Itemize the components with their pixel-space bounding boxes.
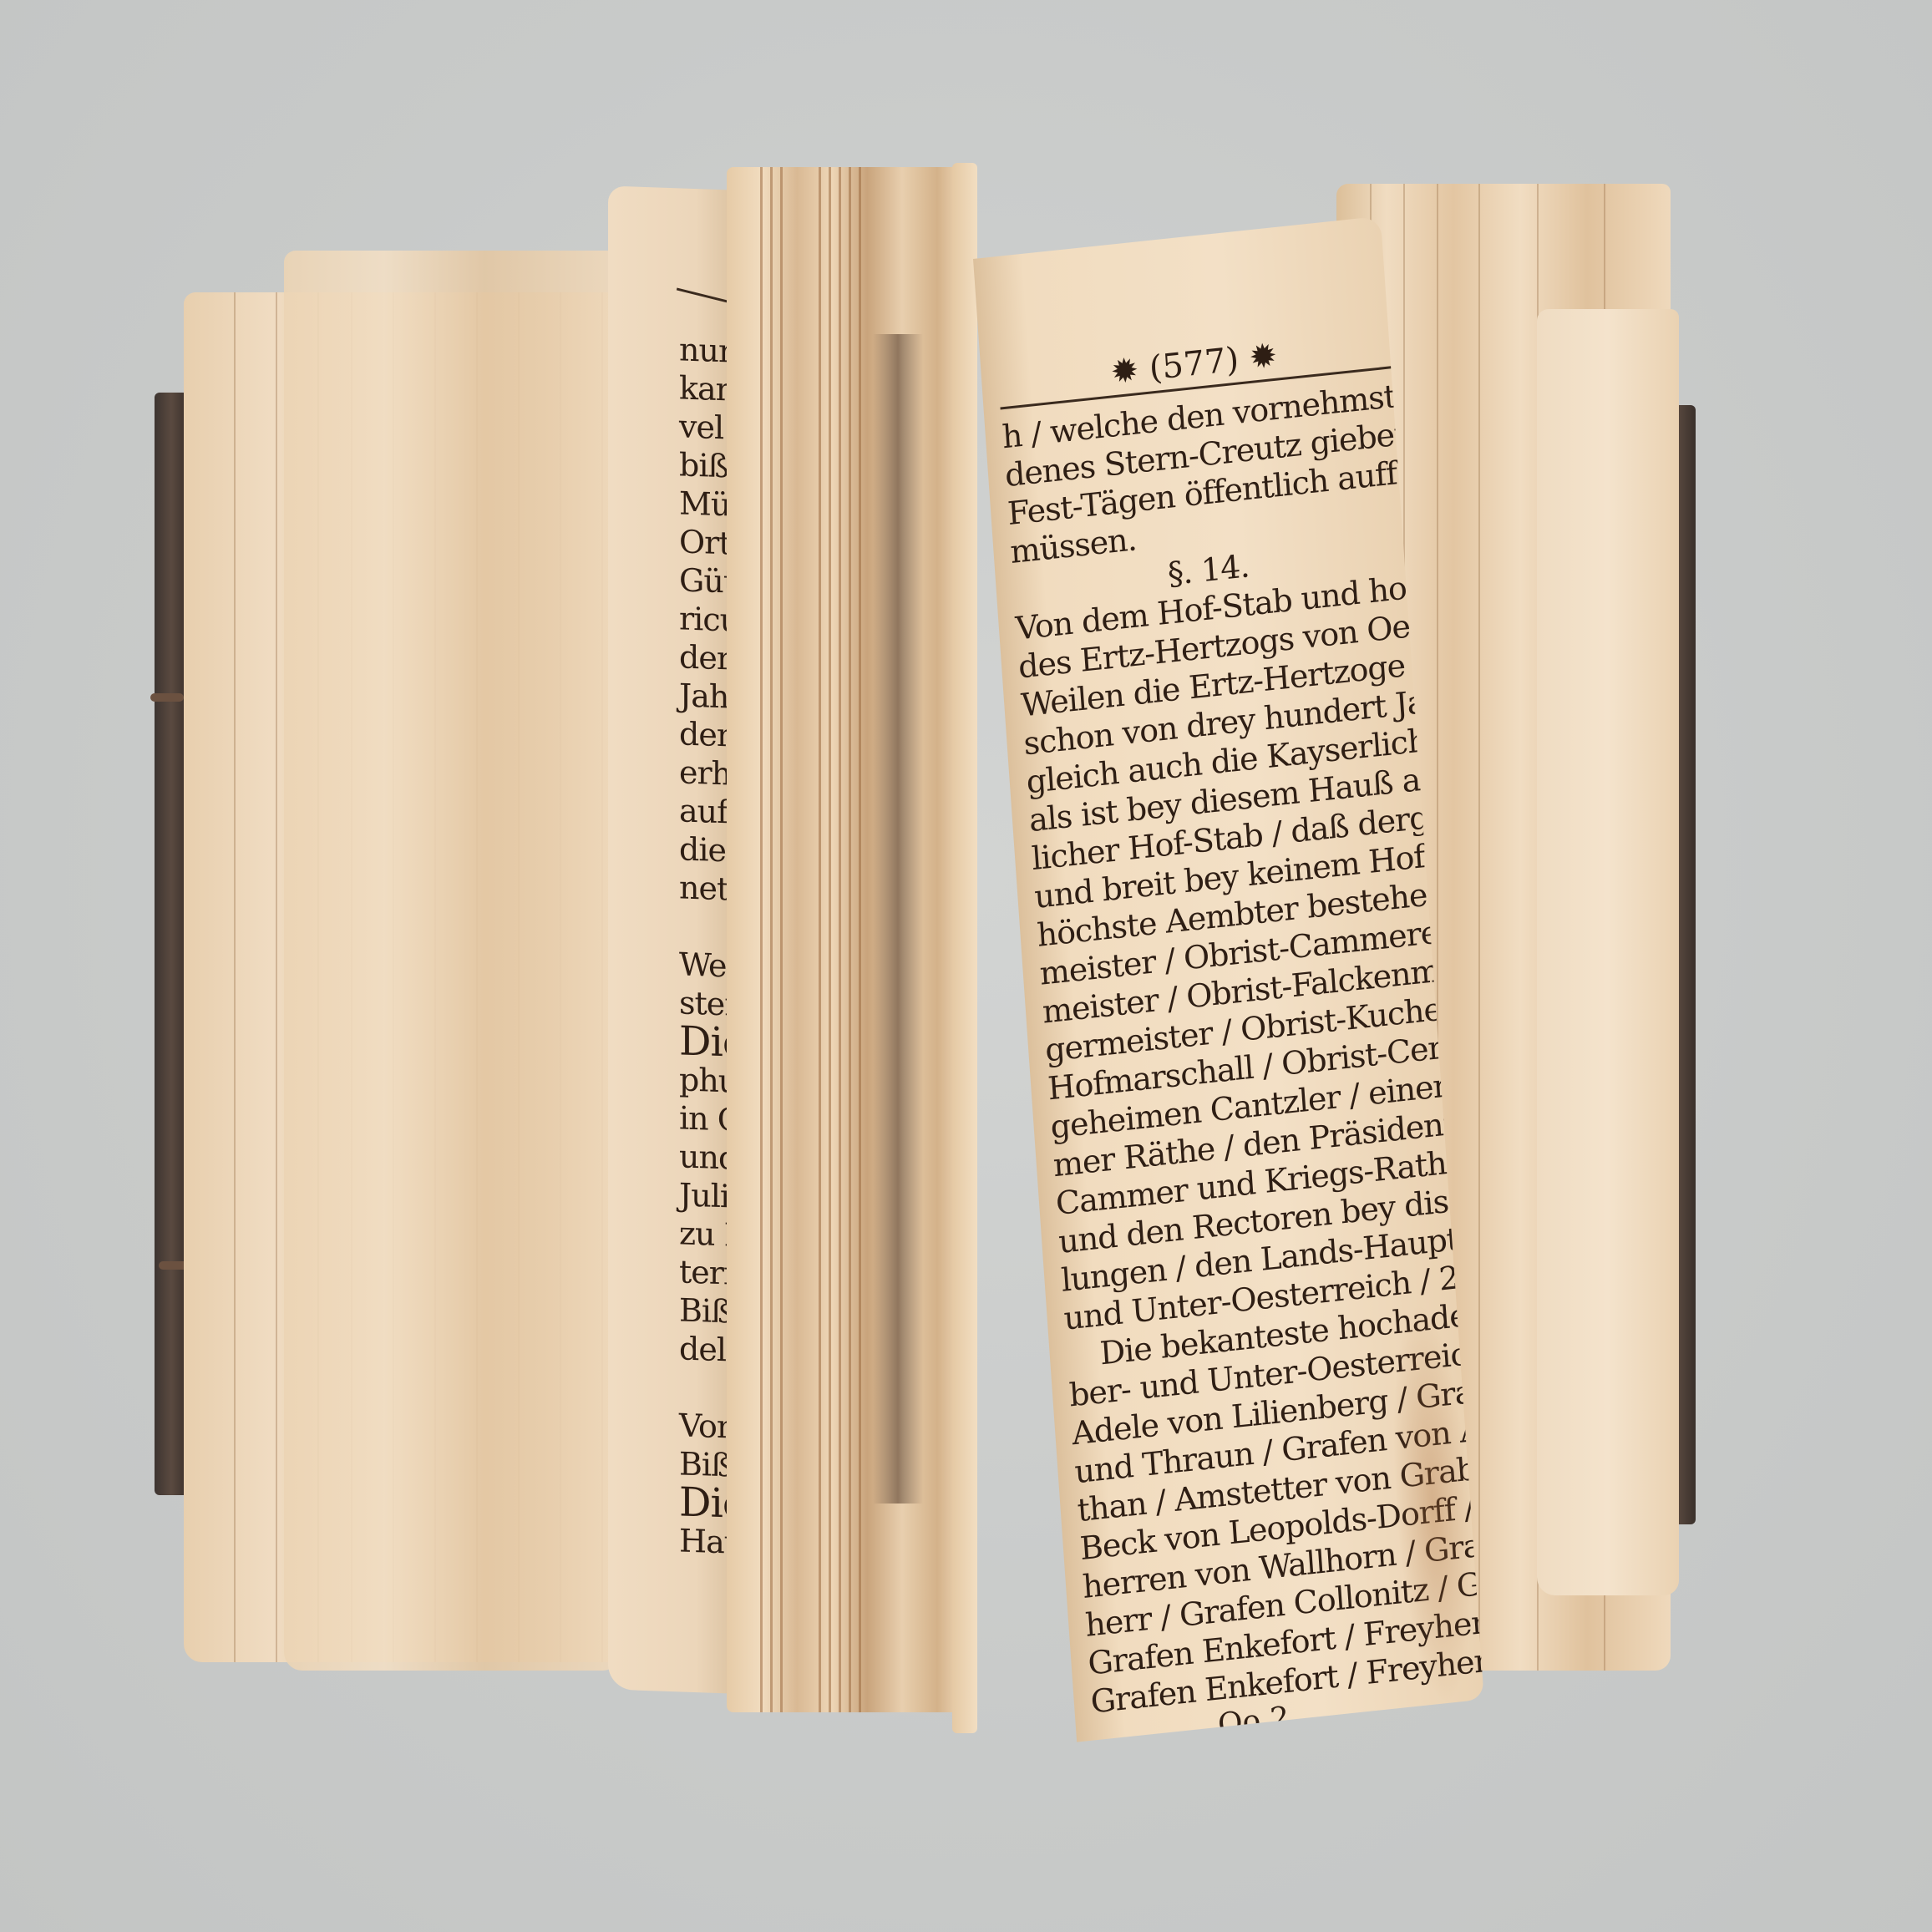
back-cover-left (155, 393, 188, 1495)
left-text-page: nur das kame die vel den biß an Münste O… (608, 185, 733, 1693)
gutter-leaf (952, 163, 977, 1733)
left-page-block-top-tier (284, 251, 618, 1671)
left-page-text: nur das kame die vel den biß an Münste O… (679, 330, 733, 1567)
page-number: (577) (1148, 340, 1240, 388)
sun-ornament-icon: ✹ (1248, 337, 1279, 378)
sun-ornament-icon: ✹ (1109, 351, 1140, 392)
text-line: Haupt (679, 1521, 733, 1567)
right-page-block-end (1537, 309, 1679, 1595)
clasp-upper (150, 693, 184, 702)
middle-fanned-pages (727, 167, 961, 1712)
